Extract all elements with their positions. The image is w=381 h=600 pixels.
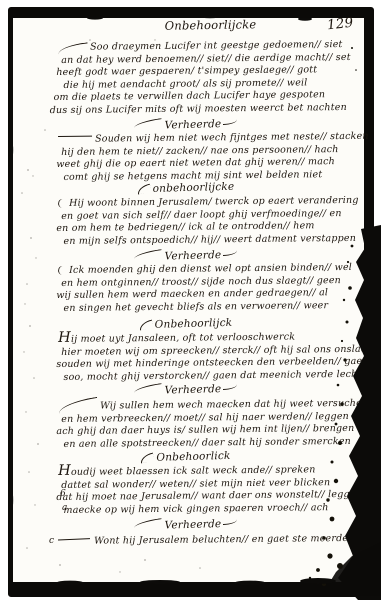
manuscript-line: Wont hij Jerusalem beluchten// en gaet s… — [58, 532, 381, 548]
margin-mark: 6 — [60, 489, 66, 499]
page-number: 129 — [326, 15, 354, 34]
manuscript-line: en singen het gevecht bliefs als en verw… — [63, 300, 352, 316]
verse-paragraph: Ick moenden ghij den dienst wel opt ansi… — [58, 261, 352, 315]
verse-paragraph: Soo draeymen Lucifer int geestge gedoeme… — [58, 38, 351, 118]
margin-mark: a — [62, 503, 68, 513]
manuscript-page: Onbehoorlijcke 129 Soo draeymen Lucifer … — [0, 0, 381, 600]
verse-paragraph: Wont hij Jerusalem beluchten// en gaet s… — [58, 532, 381, 548]
verse-paragraph: Wij sullen hem wech maecken dat hij weet… — [58, 394, 381, 451]
margin-mark: c — [49, 536, 54, 546]
manuscript-scan: Onbehoorlijcke 129 Soo draeymen Lucifer … — [0, 0, 381, 600]
verse-paragraph: Houdij weet blaessen ick salt weck ande/… — [58, 462, 354, 517]
verse-paragraph: Souden wij hem niet wech fijntges met ne… — [58, 131, 369, 185]
verse-paragraph: Hij woont binnen Jerusalem/ twerck op ea… — [58, 194, 359, 249]
verse-paragraph: Hij moet uyt Jansaleen, oft tot verloosc… — [58, 329, 381, 385]
